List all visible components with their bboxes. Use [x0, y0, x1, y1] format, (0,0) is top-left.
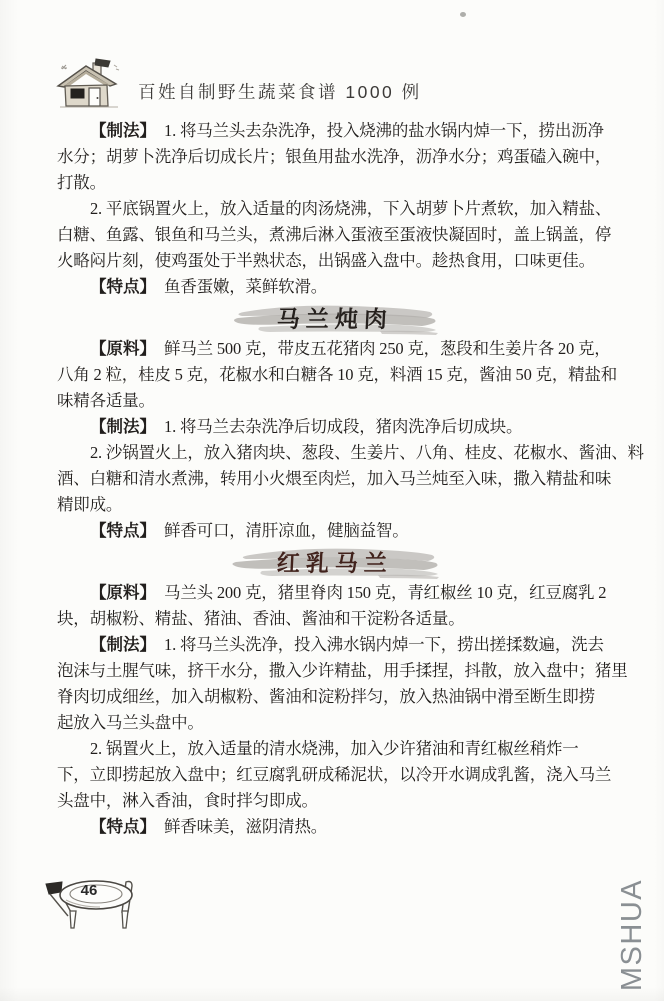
line-text: 块，胡椒粉、精盐、猪油、香油、酱油和干淀粉各适量。 — [57, 609, 465, 628]
scanned-cookbook-page: 百姓自制野生蔬菜食谱 1000 例 【制法】 1. 将马兰头去杂洗净，投入烧沸的… — [0, 0, 664, 1001]
text-line: 起放入马兰头盘中。 — [57, 710, 613, 736]
section-title-text: 马兰炖肉 — [229, 301, 441, 334]
line-text: 起放入马兰头盘中。 — [57, 713, 204, 732]
text-line: 白糖、鱼露、银鱼和马兰头，煮沸后淋入蛋液至蛋液快凝固时，盖上锅盖，停 — [57, 222, 613, 248]
line-text: 泡沫与土腥气味，挤干水分，撒入少许精盐，用手揉捏，抖散，放入盘中；猪里 — [57, 661, 628, 680]
line-text: 酒、白糖和清水煮沸，转用小火煨至肉烂，加入马兰炖至入味，撒入精盐和味 — [57, 469, 611, 488]
field-label: 【特点】 — [90, 818, 148, 836]
line-text: 2. 平底锅置火上，放入适量的肉汤烧沸，下入胡萝卜片煮软，加入精盐、 — [90, 199, 611, 218]
field-label: 【原料】 — [90, 584, 148, 602]
line-text: 味精各适量。 — [57, 391, 155, 410]
field-label: 【制法】 — [90, 418, 148, 436]
line-text: 水分；胡萝卜洗净后切成长片；银鱼用盐水洗净，沥净水分；鸡蛋磕入碗中， — [57, 147, 611, 166]
section-title-text: 红乳马兰 — [229, 545, 441, 578]
text-line: 打散。 — [57, 170, 613, 196]
line-text: 鲜香可口，清肝凉血，健脑益智。 — [148, 521, 409, 540]
text-line: 【制法】 1. 将马兰去杂洗净后切成段，猪肉洗净后切成块。 — [57, 414, 613, 440]
recipe-body: 【制法】 1. 将马兰头去杂洗净，投入烧沸的盐水锅内焯一下，捞出沥净 水分；胡萝… — [57, 118, 613, 840]
text-line: 块，胡椒粉、精盐、猪油、香油、酱油和干淀粉各适量。 — [57, 606, 613, 632]
section-title-red-fermented-malan: 红乳马兰 — [230, 544, 440, 580]
page-number: 46 — [70, 882, 108, 899]
field-label: 【特点】 — [90, 278, 148, 296]
house-icon — [56, 58, 122, 110]
line-text: 八角 2 粒，桂皮 5 克，花椒水和白糖各 10 克，料酒 15 克，酱油 50… — [57, 365, 617, 384]
field-label: 【特点】 — [90, 522, 148, 540]
text-line: 下，立即捞起放入盘中；红豆腐乳研成稀泥状，以冷开水调成乳酱，浇入马兰 — [57, 762, 613, 788]
scan-speck — [460, 12, 466, 17]
line-text: 1. 将马兰头洗净，投入沸水锅内焯一下，捞出搓揉数遍，洗去 — [148, 635, 604, 654]
text-line: 【特点】 鲜香可口，清肝凉血，健脑益智。 — [57, 518, 613, 544]
line-text: 马兰头 200 克，猪里脊肉 150 克，青红椒丝 10 克，红豆腐乳 2 — [148, 583, 607, 602]
page-footer: 46 — [40, 878, 160, 934]
watermark-text: MSHUA — [616, 868, 650, 1001]
text-line: 精即成。 — [57, 492, 613, 518]
text-line: 【特点】 鲜香味美，滋阴清热。 — [57, 814, 613, 840]
text-line: 【原料】 马兰头 200 克，猪里脊肉 150 克，青红椒丝 10 克，红豆腐乳… — [57, 580, 613, 606]
text-line: 泡沫与土腥气味，挤干水分，撒入少许精盐，用手揉捏，抖散，放入盘中；猪里 — [57, 658, 613, 684]
field-label: 【制法】 — [90, 636, 148, 654]
line-text: 1. 将马兰去杂洗净后切成段，猪肉洗净后切成块。 — [148, 417, 523, 436]
section-title-malan-stewed-pork: 马兰炖肉 — [230, 300, 440, 336]
text-line: 八角 2 粒，桂皮 5 克，花椒水和白糖各 10 克，料酒 15 克，酱油 50… — [57, 362, 613, 388]
text-line: 2. 沙锅置火上，放入猪肉块、葱段、生姜片、八角、桂皮、花椒水、酱油、料 — [57, 440, 613, 466]
line-text: 鲜香味美，滋阴清热。 — [148, 817, 327, 836]
text-line: 水分；胡萝卜洗净后切成长片；银鱼用盐水洗净，沥净水分；鸡蛋磕入碗中， — [57, 144, 613, 170]
text-line: 【制法】 1. 将马兰头洗净，投入沸水锅内焯一下，捞出搓揉数遍，洗去 — [57, 632, 613, 658]
text-line: 【制法】 1. 将马兰头去杂洗净，投入烧沸的盐水锅内焯一下，捞出沥净 — [57, 118, 613, 144]
line-text: 精即成。 — [57, 495, 122, 514]
line-text: 脊肉切成细丝，加入胡椒粉、酱油和淀粉拌匀，放入热油锅中滑至断生即捞 — [57, 687, 595, 706]
line-text: 鲜马兰 500 克，带皮五花猪肉 250 克，葱段和生姜片各 20 克， — [148, 339, 611, 358]
text-line: 酒、白糖和清水煮沸，转用小火煨至肉烂，加入马兰炖至入味，撒入精盐和味 — [57, 466, 613, 492]
text-line: 头盘中，淋入香油，食时拌匀即成。 — [57, 788, 613, 814]
line-text: 2. 沙锅置火上，放入猪肉块、葱段、生姜片、八角、桂皮、花椒水、酱油、料 — [90, 443, 644, 462]
field-label: 【制法】 — [90, 122, 148, 140]
line-text: 2. 锅置火上，放入适量的清水烧沸，加入少许猪油和青红椒丝稍炸一 — [90, 739, 579, 758]
line-text: 下，立即捞起放入盘中；红豆腐乳研成稀泥状，以冷开水调成乳酱，浇入马兰 — [57, 765, 611, 784]
line-text: 鱼香蛋嫩，菜鲜软滑。 — [148, 277, 327, 296]
text-line: 2. 平底锅置火上，放入适量的肉汤烧沸，下入胡萝卜片煮软，加入精盐、 — [57, 196, 613, 222]
line-text: 1. 将马兰头去杂洗净，投入烧沸的盐水锅内焯一下，捞出沥净 — [148, 121, 604, 140]
text-line: 火略闷片刻，使鸡蛋处于半熟状态，出锅盛入盘中。趁热食用，口味更佳。 — [57, 248, 613, 274]
field-label: 【原料】 — [90, 340, 148, 358]
page-header: 百姓自制野生蔬菜食谱 1000 例 — [56, 58, 422, 110]
line-text: 打散。 — [57, 173, 106, 192]
text-line: 脊肉切成细丝，加入胡椒粉、酱油和淀粉拌匀，放入热油锅中滑至断生即捞 — [57, 684, 613, 710]
text-line: 2. 锅置火上，放入适量的清水烧沸，加入少许猪油和青红椒丝稍炸一 — [57, 736, 613, 762]
line-text: 头盘中，淋入香油，食时拌匀即成。 — [57, 791, 318, 810]
book-title: 百姓自制野生蔬菜食谱 1000 例 — [138, 65, 422, 104]
line-text: 白糖、鱼露、银鱼和马兰头，煮沸后淋入蛋液至蛋液快凝固时，盖上锅盖，停 — [57, 225, 611, 244]
text-line: 【原料】 鲜马兰 500 克，带皮五花猪肉 250 克，葱段和生姜片各 20 克… — [57, 336, 613, 362]
text-line: 【特点】 鱼香蛋嫩，菜鲜软滑。 — [57, 274, 613, 300]
line-text: 火略闷片刻，使鸡蛋处于半熟状态，出锅盛入盘中。趁热食用，口味更佳。 — [57, 251, 595, 270]
text-line: 味精各适量。 — [57, 388, 613, 414]
